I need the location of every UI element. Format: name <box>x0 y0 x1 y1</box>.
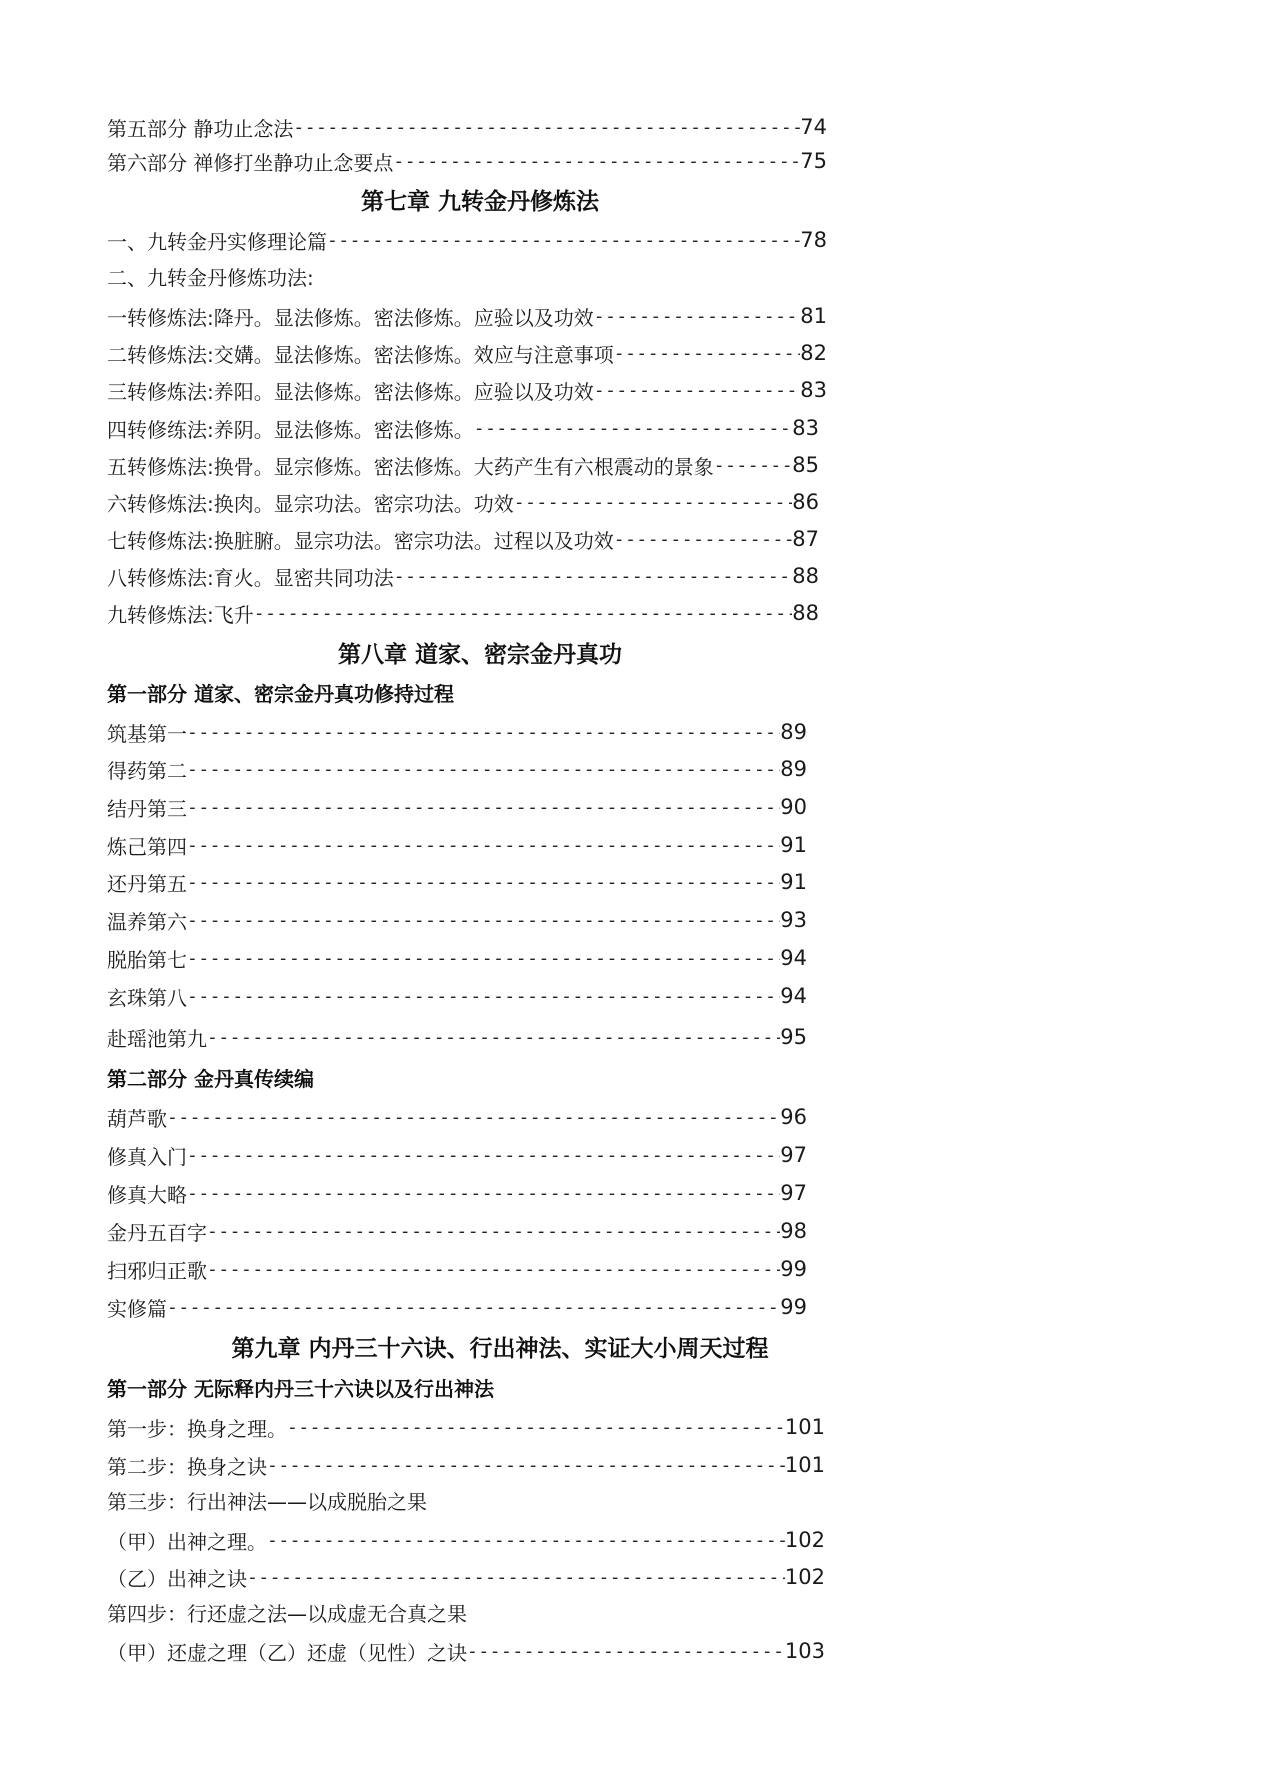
leader-dots: ----------------------------------------… <box>467 1641 785 1662</box>
entry-title: 修真入门 <box>107 1141 187 1170</box>
leader-dots: ----------------------------------------… <box>187 759 780 780</box>
entry-title: 第二步：换身之诀 <box>107 1451 267 1480</box>
part-heading: 第一部分 无际释内丹三十六诀以及行出神法 <box>107 1374 494 1404</box>
leader-dots: ----------------------------------------… <box>514 492 793 513</box>
leader-dots: ----------------------------------------… <box>393 151 800 172</box>
leader-dots: ----------------------------------------… <box>187 872 780 893</box>
page-number: 93 <box>780 908 807 932</box>
entry-title: （甲）还虚之理（乙）还虚（见性）之诀 <box>107 1637 467 1666</box>
toc-entry: 筑基第一------------------------------------… <box>107 717 807 747</box>
leader-dots: ----------------------------------------… <box>254 603 793 624</box>
leader-dots: ----------------------------------------… <box>187 986 780 1007</box>
leader-dots: ----------------------------------------… <box>207 1221 780 1242</box>
toc-entry: 第五部分 静功止念法------------------------------… <box>107 112 827 142</box>
toc-entry: 玄珠第八------------------------------------… <box>107 981 807 1011</box>
page-number: 99 <box>780 1295 807 1319</box>
leader-dots: ----------------------------------------… <box>267 1530 785 1551</box>
entry-title: 赴瑶池第九 <box>107 1023 207 1052</box>
toc-entry: 修真入门------------------------------------… <box>107 1140 807 1170</box>
toc-entry: 脱胎第七------------------------------------… <box>107 943 807 973</box>
toc-entry: 七转修炼法:换脏腑。显宗功法。密宗功法。过程以及功效--------------… <box>107 524 819 554</box>
page-number: 83 <box>800 378 827 402</box>
chapter-heading: 第八章 道家、密宗金丹真功 <box>0 638 960 672</box>
entry-title: （甲）出神之理。 <box>107 1526 267 1555</box>
section-label: 第三步：行出神法——以成脱胎之果 <box>107 1487 427 1517</box>
page-number: 94 <box>780 946 807 970</box>
page-number: 82 <box>800 341 827 365</box>
toc-entry: 修真大略------------------------------------… <box>107 1178 807 1208</box>
entry-title: 一转修炼法:降丹。显法修炼。密法修炼。应验以及功效 <box>107 302 594 331</box>
toc-entry: 温养第六------------------------------------… <box>107 905 807 935</box>
part-heading: 第二部分 金丹真传续编 <box>107 1064 314 1094</box>
entry-title: 九转修炼法:飞升 <box>107 599 254 628</box>
leader-dots: ----------------------------------------… <box>714 455 793 476</box>
leader-dots: ----------------------------------------… <box>474 418 793 439</box>
page-number: 75 <box>800 149 827 173</box>
page-number: 81 <box>800 304 827 328</box>
part-heading: 第一部分 道家、密宗金丹真功修持过程 <box>107 679 454 709</box>
leader-dots: ----------------------------------------… <box>247 1567 785 1588</box>
page-number: 89 <box>780 720 807 744</box>
entry-title: 温养第六 <box>107 906 187 935</box>
leader-dots: ----------------------------------------… <box>187 1145 780 1166</box>
toc-entry: 二转修炼法:交媾。显法修炼。密法修炼。效应与注意事项--------------… <box>107 338 827 368</box>
leader-dots: ----------------------------------------… <box>207 1259 780 1280</box>
page-number: 78 <box>800 228 827 252</box>
entry-title: 筑基第一 <box>107 718 187 747</box>
section-label: 二、九转金丹修炼功法: <box>107 263 314 293</box>
page-number: 91 <box>780 870 807 894</box>
toc-entry: 八转修炼法:育火。显密共同功法-------------------------… <box>107 561 819 591</box>
toc-entry: 一转修炼法:降丹。显法修炼。密法修炼。应验以及功效---------------… <box>107 301 827 331</box>
leader-dots: ----------------------------------------… <box>267 1455 785 1476</box>
entry-title: 得药第二 <box>107 755 187 784</box>
entry-title: 六转修炼法:换肉。显宗功法。密宗功法。功效 <box>107 488 514 517</box>
toc-entry: 三转修炼法:养阳。显法修炼。密法修炼。应验以及功效---------------… <box>107 375 827 405</box>
entry-title: 第一步：换身之理。 <box>107 1413 287 1442</box>
page-number: 102 <box>785 1565 825 1589</box>
leader-dots: ----------------------------------------… <box>167 1107 780 1128</box>
chapter-heading: 第七章 九转金丹修炼法 <box>0 185 960 219</box>
toc-entry: 赴瑶池第九-----------------------------------… <box>107 1022 807 1052</box>
toc-entry: 九转修炼法:飞升--------------------------------… <box>107 598 819 628</box>
page-number: 102 <box>785 1528 825 1552</box>
entry-title: 玄珠第八 <box>107 982 187 1011</box>
toc-entry: 实修篇-------------------------------------… <box>107 1292 807 1322</box>
entry-title: 第六部分 禅修打坐静功止念要点 <box>107 147 393 176</box>
page-number: 88 <box>792 601 819 625</box>
entry-title: 实修篇 <box>107 1293 167 1322</box>
page-number: 97 <box>780 1143 807 1167</box>
toc-entry: 六转修炼法:换肉。显宗功法。密宗功法。功效-------------------… <box>107 487 819 517</box>
leader-dots: ----------------------------------------… <box>207 1027 780 1048</box>
toc-entry: 一、九转金丹实修理论篇-----------------------------… <box>107 225 827 255</box>
entry-title: 脱胎第七 <box>107 944 187 973</box>
leader-dots: ----------------------------------------… <box>293 117 800 138</box>
leader-dots: ----------------------------------------… <box>594 380 801 401</box>
page-number: 101 <box>785 1415 825 1439</box>
page-number: 91 <box>780 833 807 857</box>
entry-title: 五转修炼法:换骨。显宗修炼。密法修炼。大药产生有六根震动的景象 <box>107 451 714 480</box>
entry-title: 金丹五百字 <box>107 1217 207 1246</box>
leader-dots: ----------------------------------------… <box>614 529 793 550</box>
toc-entry: 葫芦歌-------------------------------------… <box>107 1102 807 1132</box>
toc-entry: 第一步：换身之理。-------------------------------… <box>107 1412 825 1442</box>
entry-title: 还丹第五 <box>107 868 187 897</box>
page-number: 95 <box>780 1025 807 1049</box>
entry-title: 扫邪归正歌 <box>107 1255 207 1284</box>
page-number: 74 <box>800 115 827 139</box>
entry-title: 炼己第四 <box>107 831 187 860</box>
leader-dots: ----------------------------------------… <box>187 722 780 743</box>
page-number: 97 <box>780 1181 807 1205</box>
page-number: 99 <box>780 1257 807 1281</box>
toc-entry: 扫邪归正歌-----------------------------------… <box>107 1254 807 1284</box>
entry-title: 结丹第三 <box>107 793 187 822</box>
leader-dots: ----------------------------------------… <box>187 910 780 931</box>
page-number: 96 <box>780 1105 807 1129</box>
page-number: 89 <box>780 757 807 781</box>
toc-entry: 第二步：换身之诀--------------------------------… <box>107 1450 825 1480</box>
page-number: 87 <box>792 527 819 551</box>
toc-entry: （甲）出神之理。--------------------------------… <box>107 1525 825 1555</box>
toc-entry: 还丹第五------------------------------------… <box>107 867 807 897</box>
leader-dots: ----------------------------------------… <box>187 1183 780 1204</box>
leader-dots: ----------------------------------------… <box>187 835 780 856</box>
toc-entry: 金丹五百字-----------------------------------… <box>107 1216 807 1246</box>
leader-dots: ----------------------------------------… <box>394 566 793 587</box>
entry-title: 葫芦歌 <box>107 1103 167 1132</box>
toc-entry: 得药第二------------------------------------… <box>107 754 807 784</box>
toc-entry: （乙）出神之诀---------------------------------… <box>107 1562 825 1592</box>
entry-title: 第五部分 静功止念法 <box>107 113 293 142</box>
page-number: 98 <box>780 1219 807 1243</box>
page-number: 86 <box>792 490 819 514</box>
page-number: 101 <box>785 1453 825 1477</box>
leader-dots: ----------------------------------------… <box>187 948 780 969</box>
leader-dots: ----------------------------------------… <box>167 1297 780 1318</box>
entry-title: （乙）出神之诀 <box>107 1563 247 1592</box>
toc-entry: 四转修练法:养阴。显法修炼。密法修炼。---------------------… <box>107 413 819 443</box>
toc-entry: （甲）还虚之理（乙）还虚（见性）之诀----------------------… <box>107 1636 825 1666</box>
leader-dots: ----------------------------------------… <box>614 343 801 364</box>
section-label: 第四步：行还虚之法—以成虚无合真之果 <box>107 1599 467 1629</box>
page-number: 85 <box>792 453 819 477</box>
page-number: 94 <box>780 984 807 1008</box>
page-number: 88 <box>792 564 819 588</box>
entry-title: 修真大略 <box>107 1179 187 1208</box>
leader-dots: ----------------------------------------… <box>287 1417 785 1438</box>
chapter-heading: 第九章 内丹三十六诀、行出神法、实证大小周天过程 <box>0 1332 1000 1366</box>
page-number: 83 <box>792 416 819 440</box>
page-number: 103 <box>785 1639 825 1663</box>
leader-dots: ----------------------------------------… <box>187 797 780 818</box>
toc-entry: 五转修炼法:换骨。显宗修炼。密法修炼。大药产生有六根震动的景象---------… <box>107 450 819 480</box>
entry-title: 一、九转金丹实修理论篇 <box>107 226 327 255</box>
entry-title: 四转修练法:养阴。显法修炼。密法修炼。 <box>107 414 474 443</box>
entry-title: 八转修炼法:育火。显密共同功法 <box>107 562 394 591</box>
toc-entry: 第六部分 禅修打坐静功止念要点-------------------------… <box>107 146 827 176</box>
leader-dots: ----------------------------------------… <box>594 306 801 327</box>
page-number: 90 <box>780 795 807 819</box>
entry-title: 七转修炼法:换脏腑。显宗功法。密宗功法。过程以及功效 <box>107 525 614 554</box>
toc-entry: 结丹第三------------------------------------… <box>107 792 807 822</box>
entry-title: 三转修炼法:养阳。显法修炼。密法修炼。应验以及功效 <box>107 376 594 405</box>
leader-dots: ----------------------------------------… <box>327 230 800 251</box>
toc-entry: 炼己第四------------------------------------… <box>107 830 807 860</box>
entry-title: 二转修炼法:交媾。显法修炼。密法修炼。效应与注意事项 <box>107 339 614 368</box>
